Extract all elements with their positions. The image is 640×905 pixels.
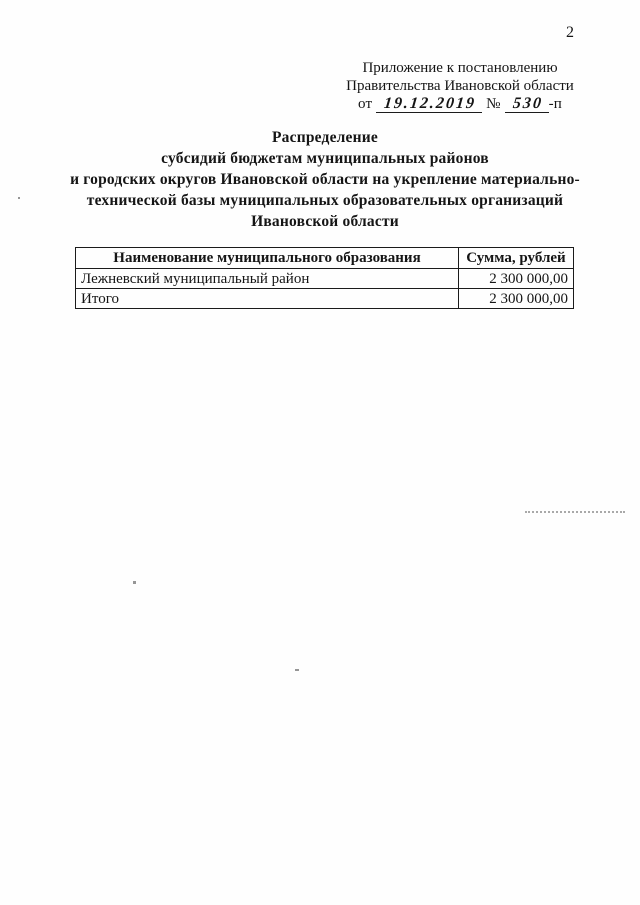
table-row-total: Итого 2 300 000,00 <box>76 289 574 309</box>
scan-noise-dotted-line <box>525 511 625 513</box>
title-line: субсидий бюджетам муниципальных районов <box>10 148 640 169</box>
number-suffix-label: -п <box>549 96 562 112</box>
table-header-row: Наименование муниципального образования … <box>76 248 574 269</box>
scan-noise-speck <box>295 669 299 671</box>
number-blank-underline: 530 <box>505 96 549 113</box>
title-line: технической базы муниципальных образоват… <box>10 190 640 211</box>
annex-reference-block: Приложение к постановлению Правительства… <box>343 60 577 114</box>
scan-noise-speck <box>18 197 20 199</box>
annex-line-3: от 19.12.2019 № 530-п <box>343 96 577 114</box>
title-line: Ивановской области <box>10 211 640 232</box>
scan-noise-speck <box>133 581 136 584</box>
annex-line-2: Правительства Ивановской области <box>343 78 577 96</box>
date-prefix-label: от <box>358 96 372 112</box>
document-title: Распределение субсидий бюджетам муниципа… <box>10 127 640 232</box>
municipality-name-cell: Лежневский муниципальный район <box>76 269 459 289</box>
column-header-sum: Сумма, рублей <box>459 248 574 269</box>
title-line: Распределение <box>10 127 640 148</box>
allocations-table: Наименование муниципального образования … <box>75 247 574 309</box>
sum-value-cell: 2 300 000,00 <box>459 269 574 289</box>
column-header-municipality: Наименование муниципального образования <box>76 248 459 269</box>
handwritten-number: 530 <box>504 96 550 111</box>
date-blank-underline: 19.12.2019 <box>376 96 482 113</box>
table-row: Лежневский муниципальный район 2 300 000… <box>76 269 574 289</box>
total-label-cell: Итого <box>76 289 459 309</box>
title-line: и городских округов Ивановской области н… <box>10 169 640 190</box>
annex-line-1: Приложение к постановлению <box>343 60 577 78</box>
total-sum-cell: 2 300 000,00 <box>459 289 574 309</box>
page-number: 2 <box>566 25 574 41</box>
document-page: 2 Приложение к постановлению Правительст… <box>0 0 640 905</box>
number-sign-label: № <box>486 96 501 112</box>
handwritten-date: 19.12.2019 <box>375 96 483 111</box>
